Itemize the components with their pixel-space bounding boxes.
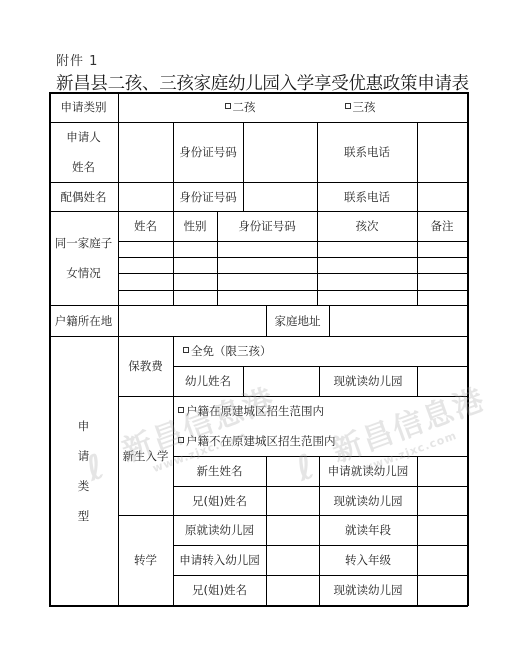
children-row[interactable] (118, 290, 467, 305)
checkbox-icon[interactable] (345, 103, 351, 109)
tuition-label: 保教费 (118, 336, 173, 396)
tuition-child-name-field[interactable] (243, 366, 319, 396)
sibling-kg-field[interactable] (417, 486, 467, 515)
option-residence-outside-district[interactable]: 户籍不在原建城区招生范围内 (173, 426, 467, 456)
original-kg-label: 原就读幼儿园 (173, 515, 266, 545)
children-col-gender: 性别 (173, 211, 217, 241)
transfer-sibling-kg-field[interactable] (417, 575, 467, 605)
applicant-name-label: 申请人 姓名 (49, 122, 118, 182)
tuition-current-kg-field[interactable] (417, 366, 467, 396)
children-col-birth-order: 孩次 (317, 211, 417, 241)
spouse-id-label: 身份证号码 (173, 182, 243, 211)
application-type-label: 申 请 类 型 (49, 336, 118, 606)
sibling-name-field[interactable] (266, 486, 319, 515)
applicant-id-field[interactable] (243, 122, 317, 182)
children-row[interactable] (118, 241, 467, 257)
target-kg-label: 申请转入幼儿园 (173, 545, 266, 575)
home-address-field[interactable] (329, 305, 467, 336)
spouse-name-label: 配偶姓名 (49, 182, 118, 211)
target-grade-field[interactable] (417, 545, 467, 575)
transfer-sibling-name-field[interactable] (266, 575, 319, 605)
residence-label: 户籍所在地 (49, 305, 118, 336)
original-kg-field[interactable] (266, 515, 319, 545)
applicant-name-field[interactable] (118, 122, 173, 182)
transfer-sibling-name-label: 兄(姐)姓名 (173, 575, 266, 605)
option-second-child[interactable]: 二孩 (205, 92, 275, 122)
applicant-phone-label: 联系电话 (317, 122, 417, 182)
option-residence-in-district[interactable]: 户籍在原建城区招生范围内 (173, 396, 467, 426)
apply-kg-field[interactable] (417, 456, 467, 486)
spouse-name-field[interactable] (118, 182, 173, 211)
spouse-phone-label: 联系电话 (317, 182, 417, 211)
children-col-id: 身份证号码 (217, 211, 317, 241)
transfer-label: 转学 (118, 515, 173, 605)
option-third-child[interactable]: 三孩 (335, 92, 385, 122)
children-col-name: 姓名 (118, 211, 173, 241)
new-student-name-field[interactable] (266, 456, 319, 486)
table-border-right (467, 92, 469, 606)
new-student-name-label: 新生姓名 (173, 456, 266, 486)
applicant-id-label: 身份证号码 (173, 122, 243, 182)
checkbox-icon[interactable] (183, 347, 189, 353)
target-kg-field[interactable] (266, 545, 319, 575)
checkbox-icon[interactable] (225, 103, 231, 109)
new-enrollment-label: 新生入学 (118, 396, 173, 515)
children-row[interactable] (118, 257, 467, 273)
spouse-phone-field[interactable] (417, 182, 467, 211)
sibling-name-label: 兄(姐)姓名 (173, 486, 266, 515)
transfer-sibling-kg-label: 现就读幼儿园 (319, 575, 417, 605)
grade-field[interactable] (417, 515, 467, 545)
target-grade-label: 转入年级 (319, 545, 417, 575)
children-row[interactable] (118, 273, 467, 290)
spouse-id-field[interactable] (243, 182, 317, 211)
children-info-label: 同一家庭子 女情况 (49, 211, 118, 305)
tuition-child-name-label: 幼儿姓名 (173, 366, 243, 396)
sibling-kg-label: 现就读幼儿园 (319, 486, 417, 515)
application-category-label: 申请类别 (49, 92, 118, 122)
residence-field[interactable] (118, 305, 266, 336)
applicant-phone-field[interactable] (417, 122, 467, 182)
children-col-notes: 备注 (417, 211, 467, 241)
checkbox-icon[interactable] (178, 437, 184, 443)
checkbox-icon[interactable] (178, 407, 184, 413)
application-form-table: 申请类别 二孩 三孩 申请人 姓名 身份证号码 联系电话 配偶姓名 身份证号码 … (0, 0, 509, 662)
tuition-current-kg-label: 现就读幼儿园 (319, 366, 417, 396)
grade-label: 就读年段 (319, 515, 417, 545)
home-address-label: 家庭地址 (266, 305, 329, 336)
option-tuition-waiver[interactable]: 全免（限三孩） (173, 336, 467, 366)
apply-kg-label: 申请就读幼儿园 (319, 456, 417, 486)
